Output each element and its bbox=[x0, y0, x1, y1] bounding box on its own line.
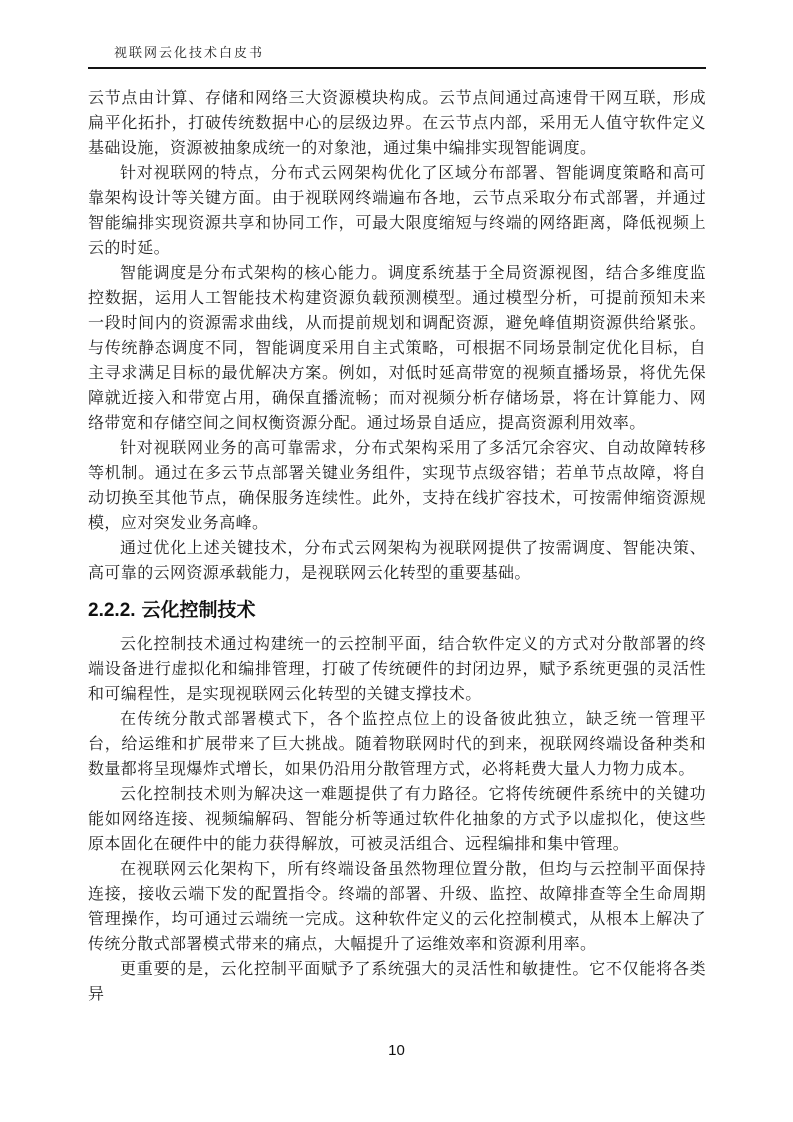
section-heading-title: 云化控制技术 bbox=[142, 600, 256, 621]
page-number: 10 bbox=[388, 1042, 405, 1059]
paragraph: 针对视联网业务的高可靠需求，分布式架构采用了多活冗余容灾、自动故障转移等机制。通… bbox=[88, 436, 706, 536]
paragraph: 云节点由计算、存储和网络三大资源模块构成。云节点间通过高速骨干网互联，形成扁平化… bbox=[88, 86, 706, 161]
page-header: 视联网云化技术白皮书 bbox=[88, 42, 706, 69]
paragraph: 在视联网云化架构下，所有终端设备虽然物理位置分散，但均与云控制平面保持连接，接收… bbox=[88, 857, 706, 957]
paragraph: 智能调度是分布式架构的核心能力。调度系统基于全局资源视图，结合多维度监控数据，运… bbox=[88, 261, 706, 436]
paragraph: 云化控制技术则为解决这一难题提供了有力路径。它将传统硬件系统中的关键功能如网络连… bbox=[88, 782, 706, 857]
paragraph: 通过优化上述关键技术，分布式云网架构为视联网提供了按需调度、智能决策、高可靠的云… bbox=[88, 536, 706, 586]
section-heading: 2.2.2.云化控制技术 bbox=[88, 596, 706, 626]
paragraph: 针对视联网的特点，分布式云网架构优化了区域分布部署、智能调度策略和高可靠架构设计… bbox=[88, 161, 706, 261]
document-page: 视联网云化技术白皮书 云节点由计算、存储和网络三大资源模块构成。云节点间通过高速… bbox=[0, 0, 793, 1122]
paragraph: 更重要的是，云化控制平面赋予了系统强大的灵活性和敏捷性。它不仅能将各类异 bbox=[88, 957, 706, 1007]
section-heading-number: 2.2.2. bbox=[88, 600, 136, 621]
header-title: 视联网云化技术白皮书 bbox=[114, 42, 706, 61]
paragraph: 在传统分散式部署模式下，各个监控点位上的设备彼此独立，缺乏统一管理平台，给运维和… bbox=[88, 707, 706, 782]
paragraph: 云化控制技术通过构建统一的云控制平面，结合软件定义的方式对分散部署的终端设备进行… bbox=[88, 632, 706, 707]
page-footer: 10 bbox=[0, 1042, 793, 1060]
page-body: 云节点由计算、存储和网络三大资源模块构成。云节点间通过高速骨干网互联，形成扁平化… bbox=[88, 86, 706, 1007]
